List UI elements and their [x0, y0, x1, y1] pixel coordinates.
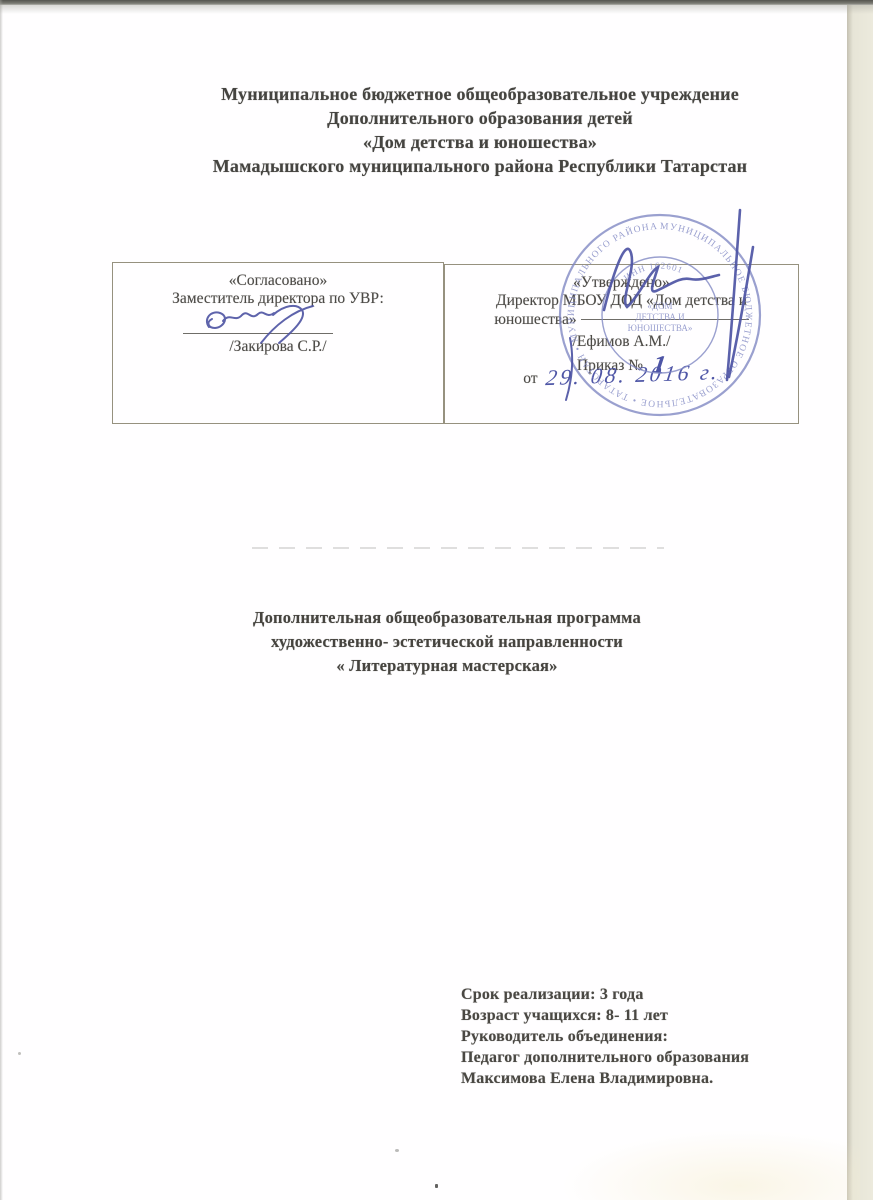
organization-header: Муниципальное бюджетное общеобразователь…	[90, 82, 870, 178]
scan-top-shadow	[0, 5, 873, 14]
scanned-document-page: Муниципальное бюджетное общеобразователь…	[0, 0, 873, 1200]
org-header-line: «Дом детства и юношества»	[90, 130, 870, 154]
org-header-line: Муниципальное бюджетное общеобразователь…	[90, 82, 870, 106]
details-line: Максимова Елена Владимировна.	[461, 1068, 821, 1089]
agreed-name: /Закирова С.Р./	[113, 337, 443, 356]
scan-edge-band	[847, 0, 873, 1200]
program-title-line: Дополнительная общеобразовательная прогр…	[87, 606, 807, 630]
paper-speck	[18, 1052, 21, 1055]
agreed-title: «Согласовано»	[113, 271, 443, 290]
program-title-line: « Литературная мастерская»	[87, 654, 807, 678]
org-header-line: Дополнительного образования детей	[90, 106, 870, 130]
scan-bottom-tint	[560, 1130, 860, 1200]
details-line: Педагог дополнительного образования	[461, 1047, 821, 1068]
ink-bleed-line	[252, 547, 664, 549]
director-signature	[540, 195, 780, 410]
paper-speck	[435, 1184, 438, 1188]
org-header-line: Мамадышского муниципального района Респу…	[90, 154, 870, 178]
program-title: Дополнительная общеобразовательная прогр…	[87, 606, 807, 678]
details-line: Руководитель объединения:	[461, 1026, 821, 1047]
date-label: от	[523, 370, 537, 387]
scan-left-edge	[0, 0, 3, 1200]
program-title-line: художественно- эстетической направленнос…	[87, 630, 807, 654]
details-line: Срок реализации: 3 года	[461, 984, 821, 1005]
agreed-cell: «Согласовано» Заместитель директора по У…	[112, 262, 444, 424]
paper-speck	[395, 1149, 399, 1152]
details-line: Возраст учащихся: 8- 11 лет	[461, 1005, 821, 1026]
program-details: Срок реализации: 3 года Возраст учащихся…	[461, 984, 821, 1089]
